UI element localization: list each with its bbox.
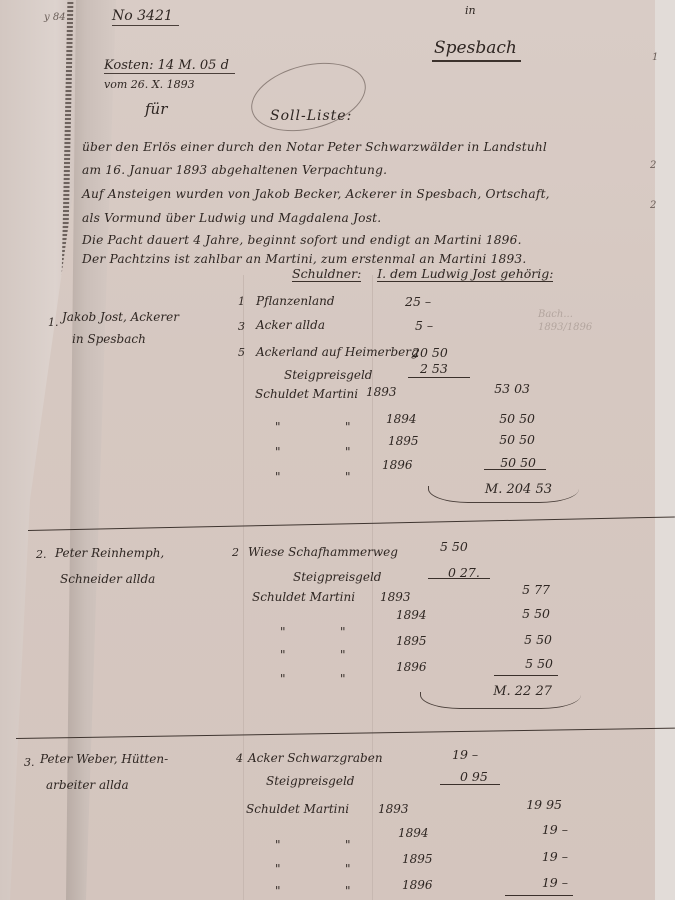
ditto-mark: " [340,648,346,662]
entry-index: 2. [36,548,47,561]
schedule-year: 1893 [378,802,409,816]
total-flourish [428,486,579,503]
parcel-desc: Acker Schwarzgraben [248,751,383,765]
schedule-label: Schuldet Martini [255,387,358,401]
subtotal-rule [428,578,490,579]
schedule-label: Schuldet Martini [246,802,349,816]
left-margin-note: y 84 [44,12,66,23]
schedule-year: 1896 [382,458,413,472]
debtor-name: Jakob Jost, Ackerer [62,310,179,324]
in-label: in [465,4,476,17]
ditto-mark: " [345,838,351,852]
intro-line: Die Pacht dauert 4 Jahre, beginnt sofort… [82,233,522,247]
debtor-name: Peter Weber, Hütten- [40,752,168,766]
document-number: No 3421 [112,8,179,26]
entry-index: 3. [24,756,35,769]
schedule-year: 1893 [380,590,411,604]
schedule-year: 1895 [388,434,419,448]
intro-line: über den Erlös einer durch den Notar Pet… [82,140,547,154]
parcel-desc: Ackerland auf Heimerberg [256,345,419,359]
ditto-mark: " [280,648,286,662]
parcel-no: 5 [238,346,245,359]
schedule-amount: 5 50 [492,632,552,647]
fee-label: Steigpreisgeld [266,774,354,788]
schedule-amount: 5 50 [493,656,553,671]
ditto-mark: " [280,672,286,686]
fee-amount: 2 53 [420,361,480,376]
schedule-amount: 5 50 [490,606,550,621]
parcel-amount: 5 50 [440,539,500,554]
intro-line: als Vormund über Ludwig und Magdalena Jo… [82,211,381,225]
fuer-label: für [145,100,167,118]
schedule-year: 1896 [396,660,427,674]
schedule-year: 1894 [396,608,427,622]
ditto-mark: " [345,470,351,484]
schedule-year: 1894 [386,412,417,426]
margin-tick: 2 [650,160,656,171]
section-subheading: Schuldner: I. dem Ludwig Jost gehörig: [292,266,553,281]
ditto-mark: " [275,884,281,898]
parcel-desc: Wiese Schafhammerweg [248,545,398,559]
schedule-label: Schuldet Martini [252,590,355,604]
ditto-mark: " [280,625,286,639]
intro-line: Auf Ansteigen wurden von Jakob Becker, A… [82,187,550,201]
parcel-no: 3 [238,320,245,333]
place-name: Spesbach [432,38,521,62]
ditto-mark: " [275,470,281,484]
ditto-mark: " [340,625,346,639]
schedule-amount: 5 77 [490,582,550,597]
parcel-amount: 20 50 [412,345,472,360]
parcel-no: 1 [238,295,245,308]
schedule-amount: 19 – [508,875,568,890]
ditto-mark: " [275,862,281,876]
parcel-amount: 25 – [405,294,465,309]
ditto-mark: " [345,420,351,434]
parcel-amount: 5 – [405,318,475,333]
margin-tick: 2 [650,200,656,211]
schedule-year: 1896 [402,878,433,892]
debtor-place: in Spesbach [72,332,146,346]
fee-label: Steigpreisgeld [284,368,372,382]
ditto-mark: " [275,420,281,434]
subtotal-rule [440,784,500,785]
pencil-note: Bach... 1893/1896 [538,308,592,334]
parcel-no: 2 [232,546,239,559]
parcel-desc: Pflanzenland [256,294,335,308]
schedule-amount: 19 – [508,822,568,837]
intro-line: Der Pachtzins ist zahlbar an Martini, zu… [82,252,526,266]
total-rule [494,675,558,676]
schedule-amount: 19 – [508,849,568,864]
subtotal-rule [408,377,470,378]
fee-amount: 0 95 [460,769,520,784]
entry-index: 1. [48,316,59,329]
fee-label: Steigpreisgeld [293,570,381,584]
document-date: vom 26. X. 1893 [104,78,195,91]
intro-line: am 16. Januar 1893 abgehaltenen Verpacht… [82,163,387,177]
ditto-mark: " [345,862,351,876]
schedule-year: 1895 [396,634,427,648]
schedule-amount: 53 03 [470,381,530,396]
parcel-amount: 19 – [452,747,512,762]
column-line [243,275,244,900]
parcel-desc: Acker allda [256,318,325,332]
debtor-name: Peter Reinhemph, [55,546,164,560]
total-rule [484,469,546,470]
ditto-mark: " [345,445,351,459]
total-rule [505,895,573,896]
schedule-amount: 50 50 [475,432,535,447]
schedule-year: 1893 [366,385,397,399]
schedule-year: 1895 [402,852,433,866]
debtor-place: arbeiter allda [46,778,129,792]
ditto-mark: " [275,445,281,459]
schedule-amount: 50 50 [476,455,536,470]
document-title: Soll-Liste: [270,108,352,124]
ditto-mark: " [340,672,346,686]
debtor-place: Schneider allda [60,572,155,586]
adjacent-page-edge [653,0,675,900]
schedule-amount: 50 50 [475,411,535,426]
ditto-mark: " [275,838,281,852]
total-flourish [420,692,581,709]
debtor-heading: Schuldner: [292,266,361,282]
costs-label: Kosten: 14 M. 05 d [104,58,235,74]
schedule-year: 1894 [398,826,429,840]
schedule-amount: 19 95 [502,797,562,812]
margin-tick: 1 [652,52,658,63]
ditto-mark: " [345,884,351,898]
owner-heading: I. dem Ludwig Jost gehörig: [377,266,553,282]
parcel-no: 4 [236,752,243,765]
